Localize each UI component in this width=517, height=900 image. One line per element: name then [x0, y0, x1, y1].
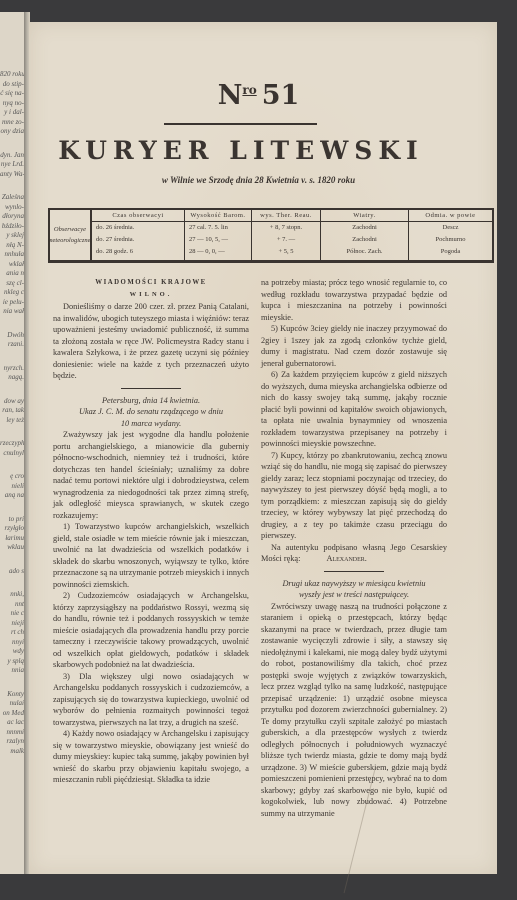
previous-page-line: dow ay: [0, 397, 26, 407]
previous-page-line: on Med: [0, 709, 26, 719]
meteo-cell: + 8, 7 stopn.: [252, 222, 320, 234]
article-paragraph: 6) Za każdem przyięciem kupców z gield n…: [261, 369, 447, 450]
previous-page-line: ado s: [0, 567, 26, 577]
ukaz2-subtitle: wyszły jest w treści następuiącey.: [261, 589, 447, 601]
previous-page-line: nkleg c: [0, 288, 26, 298]
article-paragraph: 5) Kupców 3ciey gieldy nie inaczey przyy…: [261, 323, 447, 369]
previous-page-line: bździło-: [0, 222, 26, 232]
article-paragraph: 4) Każdy nowo osiadający w Archangelsku …: [53, 728, 249, 786]
previous-page-line: nieli: [0, 482, 26, 492]
previous-page-line: y sklej: [0, 231, 26, 241]
previous-page-line: nnt: [0, 600, 26, 610]
previous-page-line: Dwóh: [0, 331, 26, 341]
previous-page-line: y splą: [0, 657, 26, 667]
meteo-col-time: Czas obserwacyi do. 26 średnia. do. 27 ś…: [92, 210, 185, 260]
ukaz-title: Ukaz J. C. M. do senatu rządzącego w dni…: [53, 406, 249, 418]
article-paragraph: 2) Cudzoziemców osiadających w Archangel…: [53, 590, 249, 671]
meteo-col-barometer: Wysokość Barom. 27 cal. 7. 5. lin 27 — 1…: [185, 210, 252, 260]
previous-page-line: cnulnyl: [0, 449, 26, 459]
previous-page-line: wklau: [0, 543, 26, 553]
previous-page-line: nłą N-: [0, 241, 26, 251]
ukaz2-title: Drugi ukaz naywyższy w miesiącu kwietniu: [261, 578, 447, 590]
previous-page-line: nie c: [0, 609, 26, 619]
previous-page-line: Konty: [0, 690, 26, 700]
meteo-cell: do. 27 średnia.: [92, 234, 184, 246]
previous-page-line: dłoryna: [0, 212, 26, 222]
number-suffix: ro: [242, 83, 256, 97]
masthead-title: KURYER LITEWSKI: [46, 136, 436, 165]
previous-page-line: ie pelu-: [0, 298, 26, 308]
previous-page-line: ania n: [0, 269, 26, 279]
meteo-cell: do. 28 godz. 6: [92, 246, 184, 258]
signature-name: Alexander.: [326, 554, 366, 563]
divider: [121, 388, 181, 389]
article-dateline: Petersburg, dnia 14 kwietnia.: [53, 395, 249, 407]
previous-page-line: rt ch: [0, 628, 26, 638]
article-paragraph: 3) Dla większey ulgi nowo osiadających w…: [53, 671, 249, 729]
previous-page-line: aną na: [0, 491, 26, 501]
previous-page-line: dyn. Jan: [0, 151, 26, 161]
previous-page-line: rzeczyph: [0, 439, 26, 449]
previous-page-line: Zaleśna: [0, 193, 26, 203]
meteo-cell: Zachodni: [321, 234, 408, 246]
previous-page-text-fragments: 820 rokudo stip-ć się na-nyą no-y i dal-…: [0, 12, 26, 770]
header-rule: [164, 123, 317, 125]
previous-page-line: malk: [0, 747, 26, 757]
meteo-cell: Pochmurno: [409, 234, 492, 246]
ukaz-subtitle: 10 marca wydany.: [53, 418, 249, 430]
previous-page-line: wklał: [0, 260, 26, 270]
meteo-col-thermometer: wys. Ther. Reau. + 8, 7 stopn. + 7. — + …: [252, 210, 321, 260]
previous-page-line: nnnmi: [0, 728, 26, 738]
article-paragraph: Zważywszy jak jest wygodne dla handlu po…: [53, 429, 249, 521]
article-column-left: WIADOMOŚCI KRAJOWE WILNO. Donieśliśmy o …: [53, 277, 249, 786]
previous-page-line: nnki,: [0, 590, 26, 600]
previous-page-line: nye Lrd.: [0, 160, 26, 170]
meteo-header: Wysokość Barom.: [185, 210, 251, 222]
previous-page-line: nieji: [0, 619, 26, 629]
meteo-header: Odmia. w powie: [409, 210, 492, 222]
meteo-cell: 27 cal. 7. 5. lin: [185, 222, 251, 234]
meteo-cell: 27 — 10, 5, —: [185, 234, 251, 246]
article-paragraph: Donieśliśmy o darze 200 czer. zł. przez …: [53, 301, 249, 382]
meteo-cell: Zachodni: [321, 222, 408, 234]
number-prefix: N: [218, 80, 243, 111]
issue-number: Nro51: [0, 80, 517, 111]
previous-page-line: rzalyn: [0, 737, 26, 747]
previous-page-line: nnhuła: [0, 250, 26, 260]
previous-page-line: 820 roku: [0, 70, 26, 80]
previous-page-line: rzani.: [0, 340, 26, 350]
previous-page-line: ę cro: [0, 472, 26, 482]
meteo-col-winds: Wiatry. Zachodni Zachodni Północ. Zach.: [321, 210, 409, 260]
article-paragraph: Zwróciwszy uwagę naszą na trudności połą…: [261, 601, 447, 820]
meteo-cell: + 7. —: [252, 234, 320, 246]
previous-page-line: nulai: [0, 699, 26, 709]
meteo-cell: + 5, 5: [252, 246, 320, 258]
article-paragraph: 7) Kupcy, którzy po zbankrutowaniu, zech…: [261, 450, 447, 542]
meteo-cell: 28 — 0, 0, —: [185, 246, 251, 258]
meteo-col-weather: Odmia. w powie Descz Pochmurno Pogoda: [409, 210, 492, 260]
meteo-table-label: Obserwacye meteorologiczne.: [50, 210, 92, 260]
article-paragraph: na potrzeby miasta; prócz tego wnosić re…: [261, 277, 447, 323]
issue-dateline: w Wilnie we Srzodę dnia 28 Kwietnia v. s…: [0, 175, 517, 185]
meteo-header: Wiatry.: [321, 210, 408, 222]
article-column-right: na potrzeby miasta; prócz tego wnosić re…: [261, 277, 447, 819]
previous-page-line: nagą.: [0, 373, 26, 383]
previous-page-line: łarimu: [0, 534, 26, 544]
previous-page-line: szę cl-: [0, 279, 26, 289]
previous-page-line: wdy: [0, 647, 26, 657]
number-value: 51: [262, 80, 300, 111]
previous-page-line: nnia: [0, 666, 26, 676]
meteo-header: Czas obserwacyi: [92, 210, 184, 222]
signature-line: Na autentyku podpisano własną Jego Cesar…: [261, 542, 447, 565]
previous-page-line: nia wał: [0, 307, 26, 317]
city-heading: WILNO.: [53, 289, 249, 301]
previous-page-line: nnyi: [0, 638, 26, 648]
previous-page-line: wynlo-: [0, 203, 26, 213]
meteo-header: wys. Ther. Reau.: [252, 210, 320, 222]
previous-page-line: ran, tak: [0, 406, 26, 416]
meteo-cell: Pogoda: [409, 246, 492, 258]
meteo-cell: Descz: [409, 222, 492, 234]
meteo-cell: do. 26 średnia.: [92, 222, 184, 234]
divider: [324, 571, 384, 572]
previous-page-line: ac lac: [0, 718, 26, 728]
section-heading: WIADOMOŚCI KRAJOWE: [53, 277, 249, 289]
meteorological-table: Obserwacye meteorologiczne. Czas obserwa…: [48, 208, 494, 263]
article-paragraph: 1) Towarzystwo kupców archangielskich, w…: [53, 521, 249, 590]
previous-page-line: mne zo-: [0, 118, 26, 128]
previous-page-line: ony dzia: [0, 127, 26, 137]
previous-page-line: to pri: [0, 515, 26, 525]
previous-page-line: ley też: [0, 416, 26, 426]
previous-page-edge: 820 rokudo stip-ć się na-nyą no-y i dal-…: [0, 12, 26, 874]
previous-page-line: rzyłgło: [0, 524, 26, 534]
previous-page-line: nyrzch.: [0, 364, 26, 374]
meteo-cell: Północ. Zach.: [321, 246, 408, 258]
